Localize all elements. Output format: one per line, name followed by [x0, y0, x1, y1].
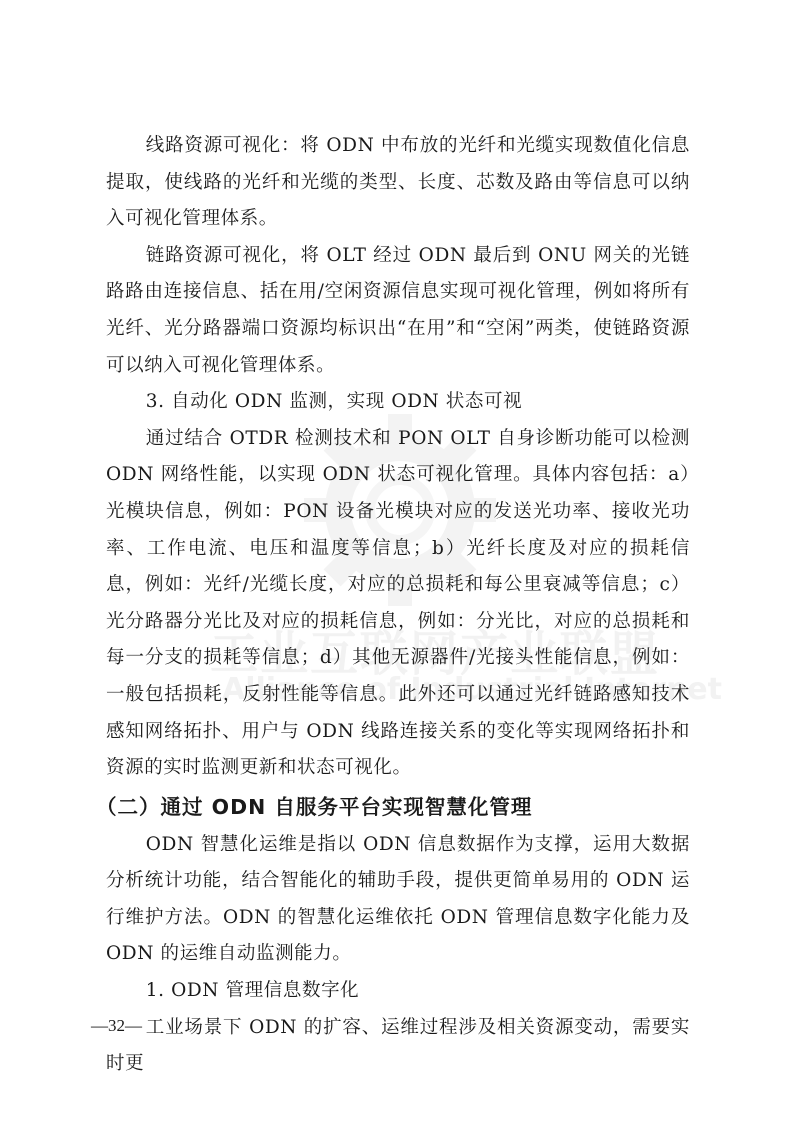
subheading-odn-info-digitization: 1. ODN 管理信息数字化	[106, 973, 690, 1010]
section-heading-odn-self-service: （二）通过 ODN 自服务平台实现智慧化管理	[96, 787, 690, 827]
paragraph-industrial-odn-expansion: 工业场景下 ODN 的扩容、运维过程涉及相关资源变动，需要实时更	[106, 1010, 690, 1083]
page-number: —32—	[91, 1016, 142, 1036]
paragraph-odn-smart-operations: ODN 智慧化运维是指以 ODN 信息数据作为支撑，运用大数据分析统计功能，结合…	[106, 827, 690, 973]
paragraph-link-resource-visualization: 链路资源可视化，将 OLT 经过 ODN 最后到 ONU 网关的光链路路由连接信…	[106, 238, 690, 384]
document-page: 工业互联网产业联盟 Alliance of Industrial Interne…	[0, 0, 793, 1122]
paragraph-odn-status-monitoring: 通过结合 OTDR 检测技术和 PON OLT 自身诊断功能可以检测 ODN 网…	[106, 421, 690, 787]
paragraph-line-resource-visualization: 线路资源可视化：将 ODN 中布放的光纤和光缆实现数值化信息提取，使线路的光纤和…	[106, 128, 690, 238]
subheading-automated-odn-monitoring: 3. 自动化 ODN 监测，实现 ODN 状态可视	[106, 384, 690, 421]
document-body: 线路资源可视化：将 ODN 中布放的光纤和光缆实现数值化信息提取，使线路的光纤和…	[106, 128, 690, 1083]
